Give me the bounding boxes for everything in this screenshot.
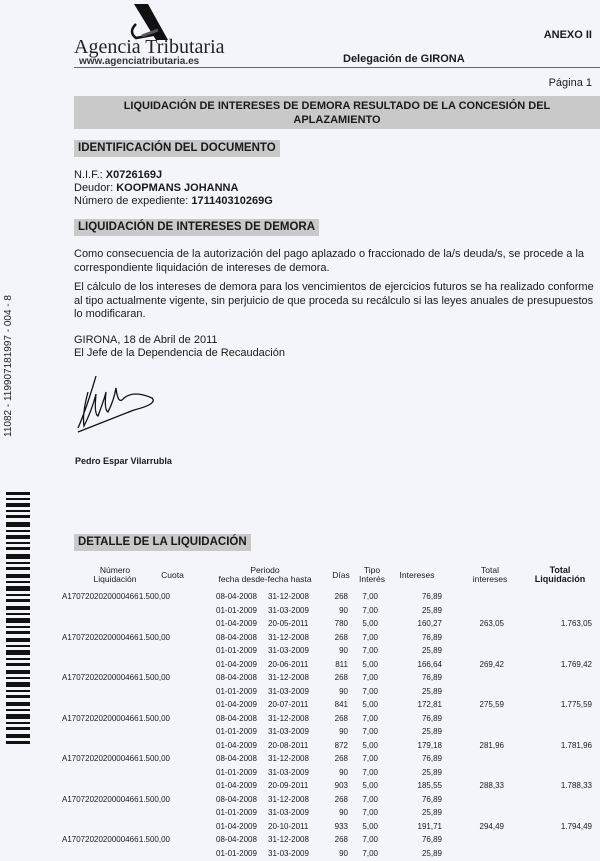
cell-tipo: 5,00	[362, 658, 378, 672]
cell-intereses: 191,71	[418, 820, 442, 834]
table-row: 01-01-200931-03-2009907,0025,89	[0, 644, 600, 658]
cell-hasta: 20-10-2011	[268, 820, 308, 834]
cell-hasta: 31-03-2009	[268, 766, 309, 780]
cell-hasta: 20-05-2011	[268, 617, 308, 631]
cell-intereses: 25,89	[422, 847, 442, 861]
cell-dias: 903	[335, 779, 348, 793]
table-row: 01-04-200920-05-20117805,00160,27263,051…	[0, 617, 600, 631]
cell-intereses: 179,18	[418, 739, 442, 753]
cell-dias: 268	[335, 712, 348, 726]
cell-desde: 01-04-2009	[216, 779, 257, 793]
cell-desde: 01-04-2009	[216, 820, 257, 834]
cell-desde: 08-04-2008	[216, 833, 257, 847]
cell-dias: 90	[339, 766, 348, 780]
cell-desde: 01-01-2009	[216, 685, 257, 699]
cell-cuota: 1.500,00	[139, 752, 170, 766]
place-date: GIRONA, 18 de Abril de 2011	[74, 334, 218, 348]
table-row: A17072020200004661.500,0008-04-200831-12…	[0, 590, 600, 604]
cell-desde: 01-04-2009	[216, 739, 257, 753]
cell-total-int: 269,42	[480, 658, 504, 672]
table-row: A17072020200004661.500,0008-04-200831-12…	[0, 793, 600, 807]
cell-dias: 268	[335, 671, 348, 685]
cell-intereses: 166,64	[418, 658, 442, 672]
annex-label: ANEXO II	[544, 29, 592, 41]
cell-tipo: 5,00	[362, 617, 378, 631]
cell-numero: A1707202020000466	[62, 793, 139, 807]
cell-numero: A1707202020000466	[62, 752, 139, 766]
cell-dias: 933	[335, 820, 348, 834]
debtor-line: Deudor: KOOPMANS JOHANNA	[74, 182, 238, 196]
cell-intereses: 160,27	[418, 617, 442, 631]
cell-cuota: 1.500,00	[139, 631, 170, 645]
detail-table-header: NúmeroLiquidación Cuota Periodofecha des…	[0, 566, 600, 588]
cell-hasta: 20-06-2011	[268, 658, 308, 672]
cell-numero: A1707202020000466	[62, 833, 139, 847]
cell-desde: 01-01-2009	[216, 725, 257, 739]
cell-cuota: 1.500,00	[139, 793, 170, 807]
cell-tipo: 7,00	[362, 847, 378, 861]
cell-numero: A1707202020000466	[62, 712, 139, 726]
file-number-label: Número de expediente:	[74, 195, 188, 207]
cell-desde: 01-04-2009	[216, 698, 257, 712]
cell-dias: 90	[339, 644, 348, 658]
cell-intereses: 76,89	[422, 590, 442, 604]
cell-tipo: 5,00	[362, 698, 378, 712]
cell-intereses: 76,89	[422, 833, 442, 847]
cell-hasta: 20-09-2011	[268, 779, 308, 793]
debtor-value: KOOPMANS JOHANNA	[116, 182, 238, 194]
nif-line: N.I.F.: X0726169J	[74, 169, 162, 183]
table-row: 01-04-200920-08-20118725,00179,18281,961…	[0, 739, 600, 753]
cell-desde: 08-04-2008	[216, 793, 257, 807]
cell-intereses: 25,89	[422, 604, 442, 618]
cell-dias: 90	[339, 604, 348, 618]
cell-hasta: 31-12-2008	[268, 712, 309, 726]
cell-total-liq: 1.775,59	[561, 698, 592, 712]
cell-hasta: 31-12-2008	[268, 752, 309, 766]
cell-cuota: 1.500,00	[139, 590, 170, 604]
cell-cuota: 1.500,00	[139, 833, 170, 847]
cell-total-liq: 1.769,42	[561, 658, 592, 672]
cell-tipo: 7,00	[362, 604, 378, 618]
cell-intereses: 185,55	[418, 779, 442, 793]
signature-icon	[72, 370, 162, 440]
file-number-value: 171140310269G	[191, 195, 272, 207]
cell-intereses: 25,89	[422, 766, 442, 780]
cell-dias: 841	[335, 698, 348, 712]
cell-desde: 08-04-2008	[216, 590, 257, 604]
table-row: 01-04-200920-09-20119035,00185,55288,331…	[0, 779, 600, 793]
cell-dias: 90	[339, 847, 348, 861]
cell-hasta: 31-03-2009	[268, 644, 309, 658]
cell-numero: A1707202020000466	[62, 671, 139, 685]
cell-hasta: 20-08-2011	[268, 739, 308, 753]
cell-intereses: 76,89	[422, 712, 442, 726]
cell-dias: 268	[335, 631, 348, 645]
column-header-periodo: Periodofecha desde-fecha hasta	[210, 566, 320, 584]
liquidation-paragraph-2: El cálculo de los intereses de demora pa…	[74, 281, 600, 322]
table-row: 01-01-200931-03-2009907,0025,89	[0, 604, 600, 618]
cell-tipo: 7,00	[362, 752, 378, 766]
agency-url: www.agenciatributaria.es	[79, 56, 199, 67]
cell-desde: 01-01-2009	[216, 644, 257, 658]
debtor-label: Deudor:	[74, 182, 113, 194]
cell-dias: 268	[335, 833, 348, 847]
cell-tipo: 7,00	[362, 806, 378, 820]
cell-hasta: 31-12-2008	[268, 631, 309, 645]
agency-logo: Agencia Tributaria www.agenciatributaria…	[74, 2, 234, 64]
table-row: 01-01-200931-03-2009907,0025,89	[0, 847, 600, 861]
table-row: 01-01-200931-03-2009907,0025,89	[0, 806, 600, 820]
cell-hasta: 31-03-2009	[268, 685, 309, 699]
column-header-intereses: Intereses	[392, 571, 442, 580]
header-divider	[74, 67, 600, 68]
cell-intereses: 25,89	[422, 685, 442, 699]
cell-dias: 780	[335, 617, 348, 631]
cell-dias: 872	[335, 739, 348, 753]
table-row: 01-04-200920-07-20118415,00172,81275,591…	[0, 698, 600, 712]
cell-tipo: 7,00	[362, 644, 378, 658]
signer-name: Pedro Espar Vilarrubla	[75, 456, 172, 466]
cell-tipo: 7,00	[362, 631, 378, 645]
cell-desde: 01-01-2009	[216, 766, 257, 780]
column-header-numero: NúmeroLiquidación	[80, 566, 150, 584]
cell-hasta: 31-03-2009	[268, 847, 309, 861]
cell-intereses: 25,89	[422, 806, 442, 820]
nif-value: X0726169J	[106, 169, 162, 181]
cell-dias: 268	[335, 752, 348, 766]
column-header-tipo: TipoInterés	[356, 566, 388, 584]
nif-label: N.I.F.:	[74, 169, 103, 181]
cell-desde: 01-01-2009	[216, 806, 257, 820]
cell-desde: 01-04-2009	[216, 617, 257, 631]
detail-table-body: A17072020200004661.500,0008-04-200831-12…	[0, 590, 600, 860]
table-row: A17072020200004661.500,0008-04-200831-12…	[0, 631, 600, 645]
cell-tipo: 7,00	[362, 685, 378, 699]
table-row: A17072020200004661.500,0008-04-200831-12…	[0, 833, 600, 847]
cell-tipo: 7,00	[362, 766, 378, 780]
file-number-line: Número de expediente: 171140310269G	[74, 195, 273, 209]
cell-tipo: 7,00	[362, 833, 378, 847]
cell-dias: 811	[335, 658, 348, 672]
cell-desde: 08-04-2008	[216, 671, 257, 685]
cell-total-liq: 1.794,49	[561, 820, 592, 834]
column-header-total-intereses: Totalintereses	[460, 566, 520, 584]
column-header-total-liquidacion: TotalLiquidación	[528, 566, 592, 584]
table-row: A17072020200004661.500,0008-04-200831-12…	[0, 712, 600, 726]
cell-total-int: 263,05	[480, 617, 504, 631]
cell-desde: 08-04-2008	[216, 631, 257, 645]
cell-total-int: 288,33	[480, 779, 504, 793]
cell-dias: 90	[339, 685, 348, 699]
cell-desde: 01-04-2009	[216, 658, 257, 672]
cell-desde: 01-01-2009	[216, 604, 257, 618]
table-row: 01-01-200931-03-2009907,0025,89	[0, 685, 600, 699]
cell-desde: 01-01-2009	[216, 847, 257, 861]
table-row: 01-01-200931-03-2009907,0025,89	[0, 766, 600, 780]
cell-dias: 90	[339, 806, 348, 820]
cell-total-int: 281,96	[480, 739, 504, 753]
cell-hasta: 31-03-2009	[268, 725, 309, 739]
cell-intereses: 76,89	[422, 631, 442, 645]
cell-cuota: 1.500,00	[139, 671, 170, 685]
table-row: 01-04-200920-10-20119335,00191,71294,491…	[0, 820, 600, 834]
column-header-cuota: Cuota	[150, 571, 195, 580]
cell-total-liq: 1.781,96	[561, 739, 592, 753]
cell-total-int: 275,59	[480, 698, 504, 712]
cell-intereses: 25,89	[422, 725, 442, 739]
cell-desde: 08-04-2008	[216, 752, 257, 766]
cell-intereses: 172,81	[418, 698, 442, 712]
table-row: A17072020200004661.500,0008-04-200831-12…	[0, 752, 600, 766]
cell-tipo: 7,00	[362, 793, 378, 807]
table-row: 01-04-200920-06-20118115,00166,64269,421…	[0, 658, 600, 672]
document-title: LIQUIDACIÓN DE INTERESES DE DEMORA RESUL…	[74, 96, 600, 129]
cell-cuota: 1.500,00	[139, 712, 170, 726]
detail-heading: DETALLE DE LA LIQUIDACIÓN	[74, 534, 251, 551]
cell-total-int: 294,49	[480, 820, 504, 834]
cell-hasta: 31-03-2009	[268, 604, 309, 618]
signer-role: El Jefe de la Dependencia de Recaudación	[74, 347, 285, 361]
cell-intereses: 76,89	[422, 793, 442, 807]
cell-tipo: 7,00	[362, 671, 378, 685]
cell-hasta: 31-12-2008	[268, 793, 309, 807]
cell-hasta: 31-12-2008	[268, 590, 309, 604]
document-title-line-1: LIQUIDACIÓN DE INTERESES DE DEMORA RESUL…	[74, 99, 600, 113]
cell-dias: 268	[335, 793, 348, 807]
cell-tipo: 5,00	[362, 820, 378, 834]
cell-hasta: 31-12-2008	[268, 671, 309, 685]
cell-tipo: 5,00	[362, 779, 378, 793]
cell-intereses: 25,89	[422, 644, 442, 658]
cell-total-liq: 1.788,33	[561, 779, 592, 793]
liquidation-heading: LIQUIDACIÓN DE INTERESES DE DEMORA	[74, 219, 319, 236]
cell-dias: 90	[339, 725, 348, 739]
cell-tipo: 7,00	[362, 712, 378, 726]
document-title-line-2: APLAZAMIENTO	[74, 113, 600, 127]
cell-total-liq: 1.763,05	[561, 617, 592, 631]
agency-logo-mark-icon	[122, 2, 174, 40]
column-header-dias: Días	[328, 571, 354, 580]
cell-intereses: 76,89	[422, 752, 442, 766]
cell-tipo: 7,00	[362, 590, 378, 604]
document-page: Agencia Tributaria www.agenciatributaria…	[0, 0, 600, 861]
cell-tipo: 7,00	[362, 725, 378, 739]
identification-heading: IDENTIFICACIÓN DEL DOCUMENTO	[74, 140, 280, 157]
cell-numero: A1707202020000466	[62, 590, 139, 604]
delegation-label: Delegación de GIRONA	[343, 53, 465, 65]
table-row: 01-01-200931-03-2009907,0025,89	[0, 725, 600, 739]
cell-desde: 08-04-2008	[216, 712, 257, 726]
cell-hasta: 31-12-2008	[268, 833, 309, 847]
cell-numero: A1707202020000466	[62, 631, 139, 645]
page-number: Página 1	[549, 77, 592, 89]
cell-tipo: 5,00	[362, 739, 378, 753]
table-row: A17072020200004661.500,0008-04-200831-12…	[0, 671, 600, 685]
side-reference-code: 11082 - 119907181997 - 004 - 8	[3, 295, 14, 437]
cell-dias: 268	[335, 590, 348, 604]
cell-hasta: 20-07-2011	[268, 698, 308, 712]
cell-hasta: 31-03-2009	[268, 806, 309, 820]
liquidation-paragraph-1: Como consecuencia de la autorización del…	[74, 248, 600, 275]
cell-intereses: 76,89	[422, 671, 442, 685]
